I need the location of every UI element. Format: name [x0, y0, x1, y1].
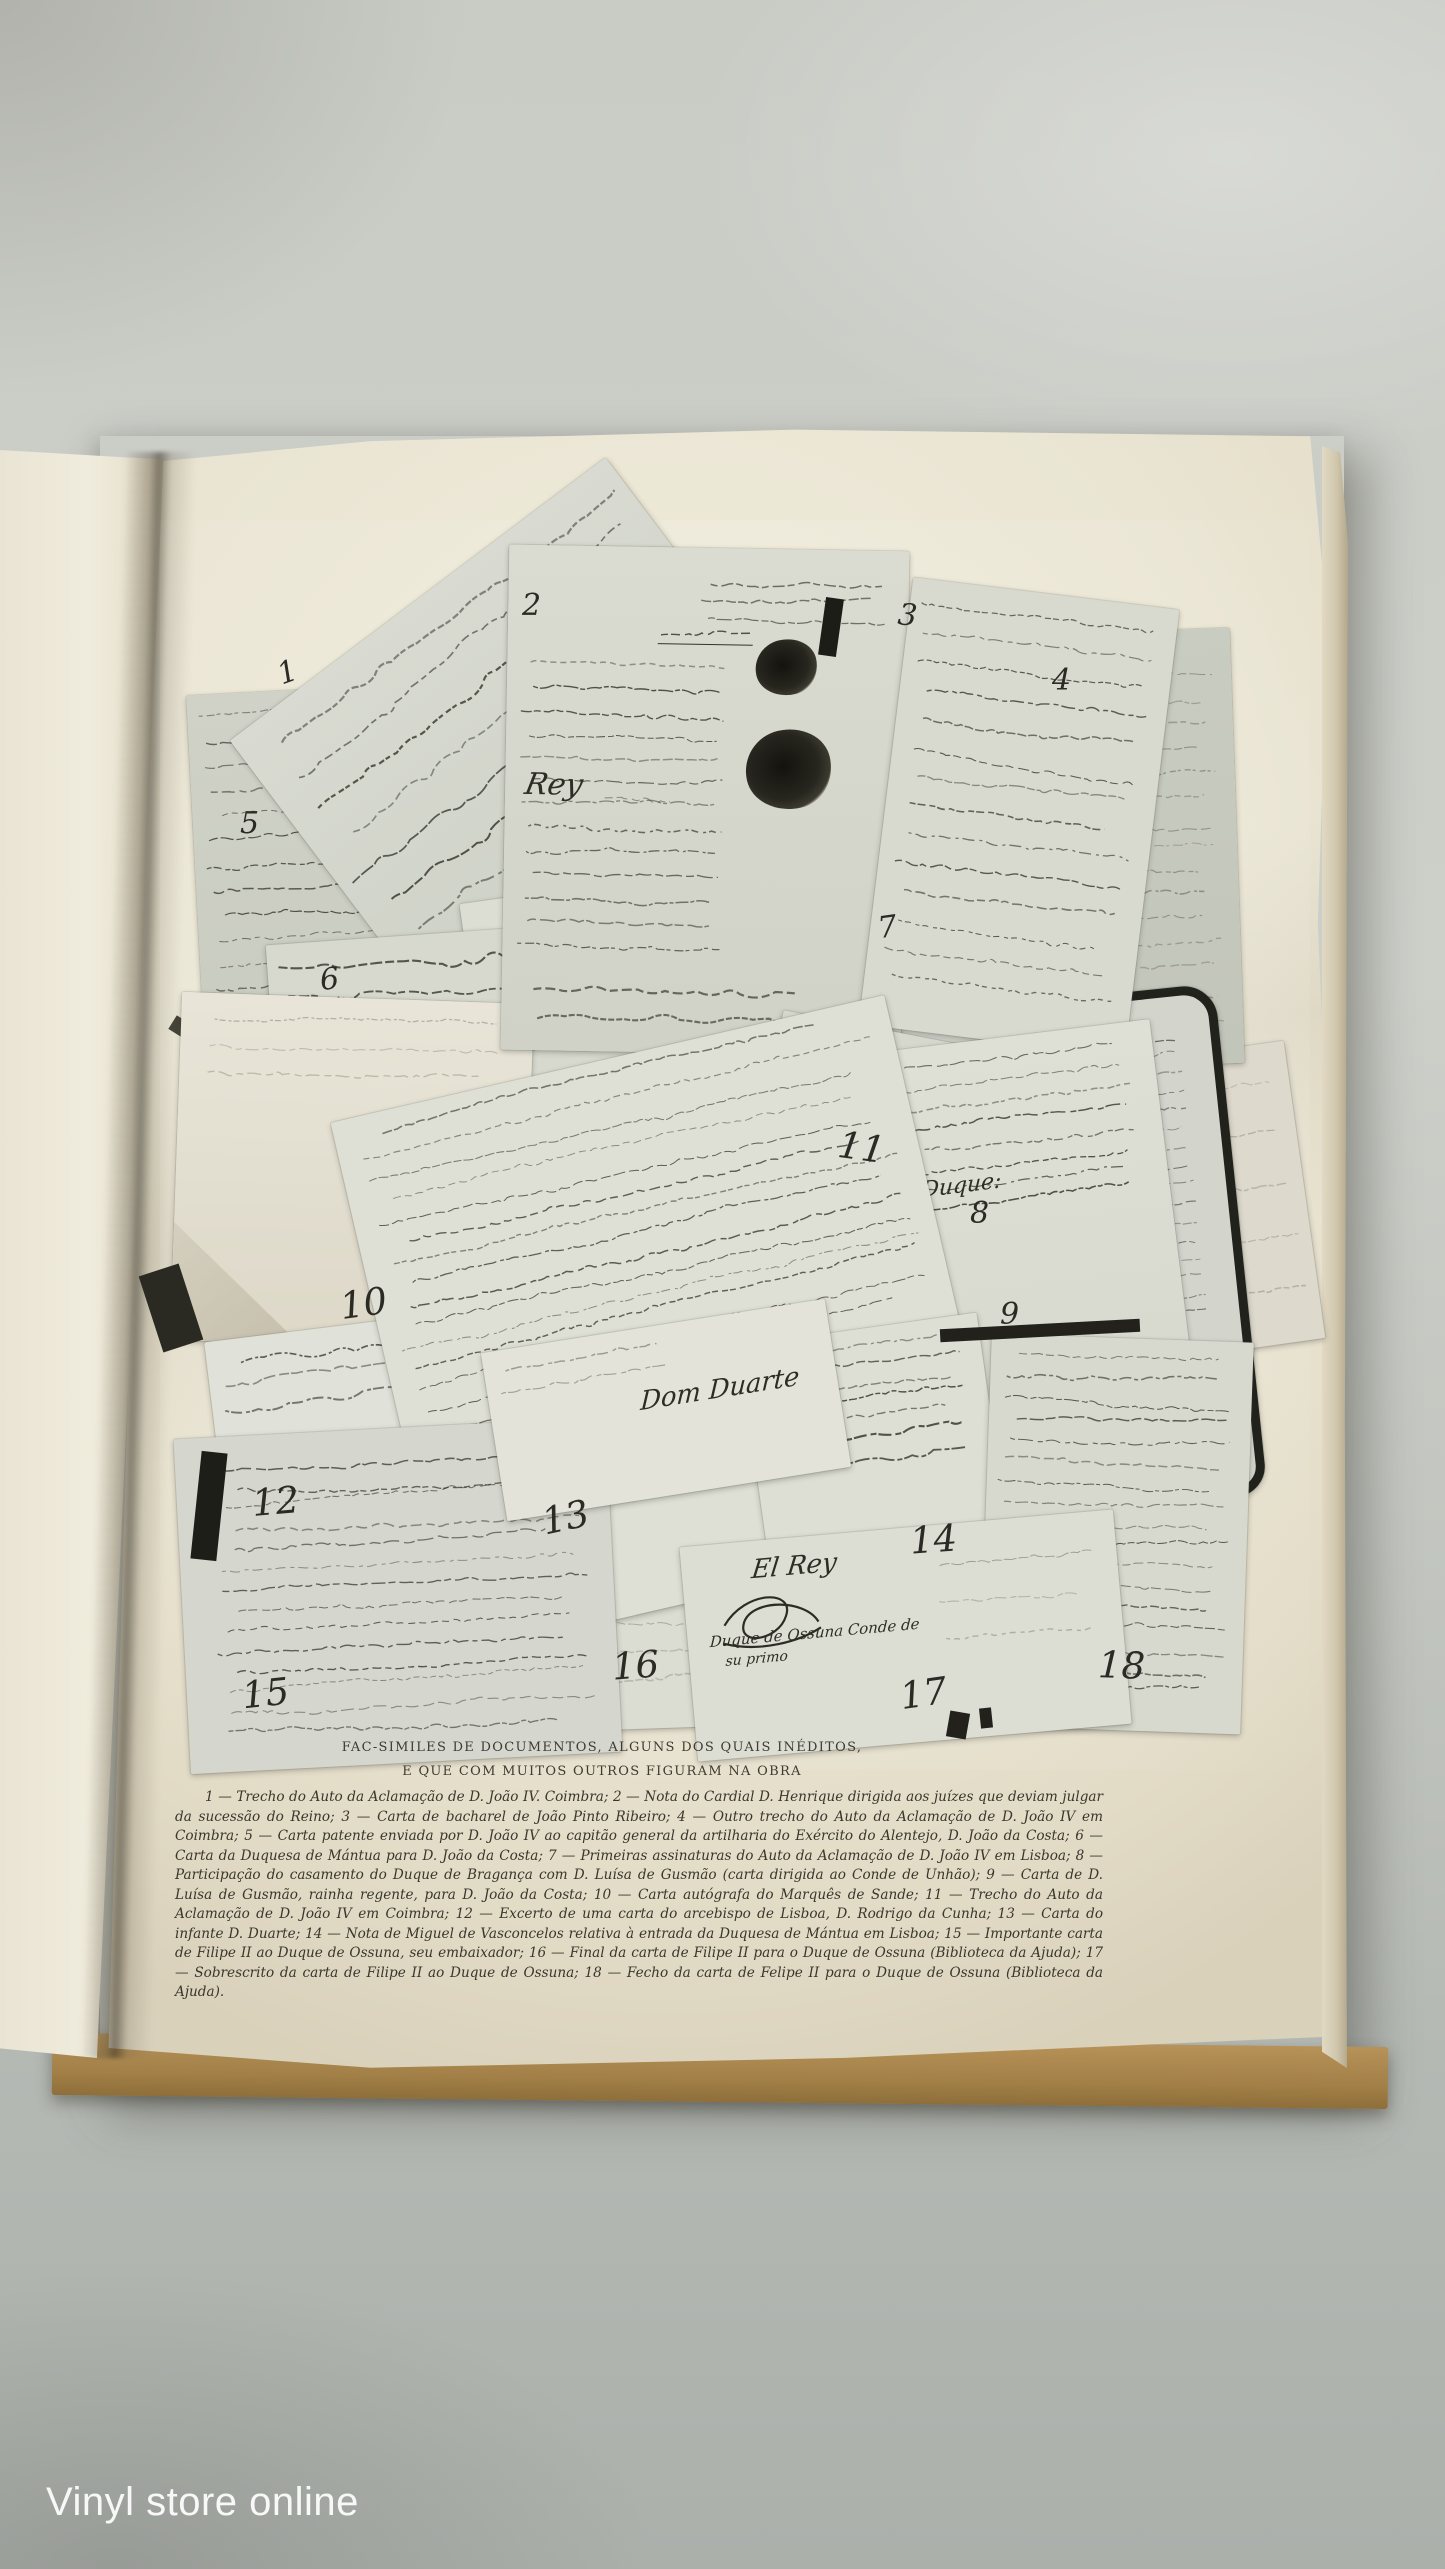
label-number-9: 9	[1000, 1297, 1019, 1332]
dark-corner-mark	[979, 1707, 993, 1728]
photo-of-book-page: { "image": { "watermark": "Vinyl store o…	[0, 0, 1445, 2569]
facsimile-document-2: Rey	[501, 545, 910, 1057]
label-number-14: 14	[909, 1516, 959, 1562]
handwriting-lines	[187, 1000, 510, 1101]
label-number-18: 18	[1097, 1643, 1146, 1688]
label-number-16: 16	[611, 1642, 661, 1688]
label-number-3: 3	[896, 597, 919, 634]
caption-text: 1 — Trecho do Auto da Aclamação de D. Jo…	[175, 1788, 1103, 2003]
rey-signature: Rey	[522, 767, 586, 803]
facsimile-document-3	[859, 577, 1180, 1056]
label-number-17: 17	[897, 1669, 950, 1718]
facsimile-document-17: El Rey Duque de Ossuna Conde de su primo	[679, 1509, 1131, 1761]
letter-title-underlined	[658, 625, 753, 646]
label-number-10: 10	[337, 1279, 390, 1328]
right-page-edges	[1322, 446, 1348, 2068]
label-number-5: 5	[240, 806, 259, 841]
caption-heading-line2: E QUE COM MUITOS OUTROS FIGURAM NA OBRA	[137, 1760, 1067, 1784]
label-number-15: 15	[240, 1670, 291, 1718]
wax-seal	[738, 721, 840, 818]
handwriting-lines	[693, 576, 894, 631]
handwriting-lines	[870, 586, 1158, 1022]
caption-heading-line1: FAC-SIMILES DE DOCUMENTOS, ALGUNS DOS QU…	[137, 1736, 1067, 1760]
signature-flourish-line	[600, 792, 670, 807]
label-number-11: 11	[835, 1123, 888, 1172]
label-number-2: 2	[522, 588, 541, 623]
wax-seal	[750, 633, 823, 702]
caption-heading: FAC-SIMILES DE DOCUMENTOS, ALGUNS DOS QU…	[137, 1736, 1067, 1784]
label-number-4: 4	[1052, 663, 1071, 698]
label-number-12: 12	[250, 1478, 301, 1525]
label-number-6: 6	[318, 961, 341, 998]
label-number-8: 8	[970, 1196, 989, 1231]
watermark-text: Vinyl store online	[46, 2480, 359, 2525]
